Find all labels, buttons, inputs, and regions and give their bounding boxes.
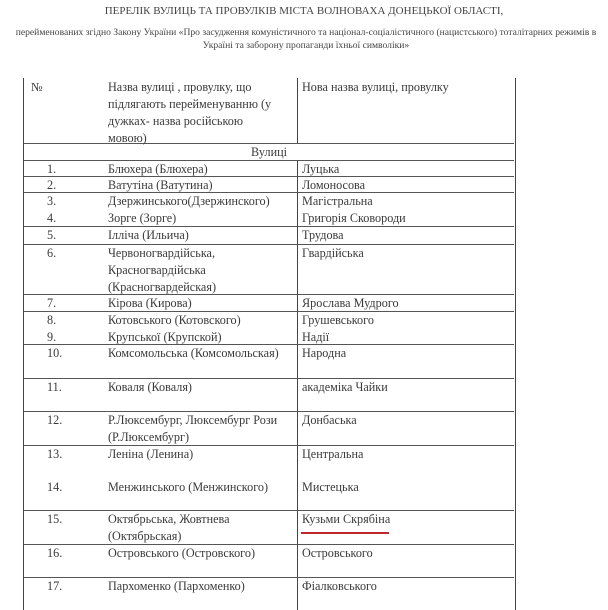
- old-name-cell: Кірова (Кирова): [108, 295, 297, 312]
- old-name-cell: Блюхера (Блюхера): [108, 161, 297, 178]
- row-number-cell: 1.: [24, 161, 108, 178]
- red-underline-annotation: [301, 532, 389, 534]
- row-number: 12.: [47, 412, 108, 429]
- new-street-name: Центральна: [302, 446, 514, 463]
- new-name-cell: Луцька: [297, 161, 514, 176]
- row-number: 3.: [47, 193, 108, 210]
- old-name-cell: Комсомольська (Комсомольская): [108, 345, 297, 362]
- row-number-cell: 2.: [24, 177, 108, 194]
- row-number-cell: 7.: [24, 295, 108, 312]
- row-number-cell: 11.: [24, 379, 108, 396]
- new-street-name: Гвардійська: [302, 245, 514, 262]
- new-name-cell: Гвардійська: [297, 245, 514, 294]
- new-street-name: Островського: [302, 545, 514, 562]
- new-name-cell: Фіалковського: [297, 578, 514, 610]
- old-street-name: Зорге (Зорге): [108, 210, 297, 227]
- old-street-name: Ватутіна (Ватутина): [108, 177, 297, 194]
- new-street-name: Ломоносова: [302, 177, 514, 194]
- row-number: 8.: [47, 312, 108, 329]
- new-name-cell: МагістральнаГригорія Сковороди: [297, 193, 514, 226]
- table-row: 7.Кірова (Кирова)Ярослава Мудрого: [24, 295, 514, 312]
- old-name-cell: Островського (Островского): [108, 545, 297, 562]
- table-row: 6.Червоногвардійська,Красногвардійська(К…: [24, 245, 514, 295]
- old-street-name: Р.Люксембург, Люксембург Рози: [108, 412, 297, 429]
- table-row: 2.Ватутіна (Ватутина)Ломоносова: [24, 177, 514, 193]
- row-number: 15.: [47, 511, 108, 528]
- new-name-cell: Трудова: [297, 227, 514, 244]
- row-number-cell: 15.: [24, 511, 108, 528]
- old-name-cell: Октябрьська, Жовтнева(Октябрьская): [108, 511, 297, 545]
- old-street-name: Менжинського (Менжинского): [108, 479, 297, 496]
- row-number-cell: 13.14.: [24, 446, 108, 496]
- new-street-name: Донбаська: [302, 412, 514, 429]
- new-name-cell: Кузьми Скрябіна: [297, 511, 514, 544]
- row-number-cell: 5.: [24, 227, 108, 244]
- old-name-cell: Котовського (Котовского)Крупської (Крупс…: [108, 312, 297, 346]
- new-name-cell: Ярослава Мудрого: [297, 295, 514, 311]
- old-street-name: Островського (Островского): [108, 545, 297, 562]
- old-street-name: Крупської (Крупской): [108, 329, 297, 346]
- old-street-name: Коваля (Коваля): [108, 379, 297, 396]
- row-number: 13.: [47, 446, 108, 463]
- old-name-cell: Р.Люксембург, Люксембург Рози(Р.Люксембу…: [108, 412, 297, 446]
- old-street-name: (Красногвардейская): [108, 279, 297, 296]
- old-street-name: Леніна (Ленина): [108, 446, 297, 463]
- row-number: 16.: [47, 545, 108, 562]
- old-street-name: Красногвардійська: [108, 262, 297, 279]
- document-subtitle: перейменованих згідно Закону України «Пр…: [6, 26, 606, 52]
- row-number: 9.: [47, 329, 108, 346]
- new-street-name: Ярослава Мудрого: [302, 295, 514, 312]
- new-street-name: Фіалковського: [302, 578, 514, 595]
- row-number-cell: 3.4.: [24, 193, 108, 227]
- table-row: 10.Комсомольська (Комсомольская)Народна: [24, 345, 514, 379]
- table-row: 3.4.Дзержинського(Дзержинского)Зорге (Зо…: [24, 193, 514, 227]
- new-street-name: Мистецька: [302, 479, 514, 496]
- old-street-name: Червоногвардійська,: [108, 245, 297, 262]
- new-street-name: Трудова: [302, 227, 514, 244]
- section-label: Вулиці: [251, 145, 287, 159]
- header-new-name: Нова назва вулиці, провулку: [297, 78, 514, 143]
- row-number: 4.: [47, 210, 108, 227]
- table-row: 8.9.Котовського (Котовского)Крупської (К…: [24, 312, 514, 345]
- new-name-cell: ГрушевськогоНадії: [297, 312, 514, 344]
- row-number-cell: 6.: [24, 245, 108, 262]
- old-street-name: Кірова (Кирова): [108, 295, 297, 312]
- new-street-name-highlighted: Кузьми Скрябіна: [302, 511, 514, 528]
- new-name-cell: Донбаська: [297, 412, 514, 445]
- new-name-cell: ЦентральнаМистецька: [297, 446, 514, 510]
- new-street-name: Грушевського: [302, 312, 514, 329]
- header-old-name: Назва вулиці , провулку, що підлягають п…: [108, 79, 297, 147]
- subtitle-line-2: Україні та заборону пропаганди їхньої си…: [6, 39, 606, 52]
- table-row: 16.Островського (Островского)Островськог…: [24, 545, 514, 578]
- old-street-name: (Р.Люксембург): [108, 429, 297, 446]
- table-row: 17.Пархоменко (Пархоменко)Фіалковського: [24, 578, 514, 610]
- new-street-name: Луцька: [302, 161, 514, 178]
- old-name-cell: Пархоменко (Пархоменко): [108, 578, 297, 595]
- table-row: 15.Октябрьська, Жовтнева(Октябрьская)Куз…: [24, 511, 514, 545]
- new-street-name: Народна: [302, 345, 514, 362]
- row-number: 5.: [47, 227, 108, 244]
- old-street-name: Дзержинського(Дзержинского): [108, 193, 297, 210]
- street-rename-table: № Назва вулиці , провулку, що підлягають…: [23, 78, 516, 610]
- row-number-cell: 16.: [24, 545, 108, 562]
- old-name-cell: Ватутіна (Ватутина): [108, 177, 297, 194]
- old-name-cell: Дзержинського(Дзержинского)Зорге (Зорге): [108, 193, 297, 227]
- old-street-name: Котовського (Котовского): [108, 312, 297, 329]
- document-title: ПЕРЕЛІК ВУЛИЦЬ ТА ПРОВУЛКІВ МІСТА ВОЛНОВ…: [0, 5, 608, 17]
- new-name-cell: Народна: [297, 345, 514, 378]
- row-number-cell: 8.9.: [24, 312, 108, 346]
- row-number: 14.: [47, 479, 108, 496]
- row-number-cell: 10.: [24, 345, 108, 362]
- row-number-cell: 12.: [24, 412, 108, 429]
- table-row: 12.Р.Люксембург, Люксембург Рози(Р.Люксе…: [24, 412, 514, 446]
- old-street-name: Ілліча (Ильича): [108, 227, 297, 244]
- old-name-cell: Ілліча (Ильича): [108, 227, 297, 244]
- row-number: 10.: [47, 345, 108, 362]
- section-row-streets: Вулиці: [24, 144, 514, 161]
- new-name-cell: Ломоносова: [297, 177, 514, 192]
- row-number: 7.: [47, 295, 108, 312]
- old-street-name: (Октябрьская): [108, 528, 297, 545]
- old-street-name: Блюхера (Блюхера): [108, 161, 297, 178]
- new-street-name: академіка Чайки: [302, 379, 514, 396]
- old-street-name: Октябрьська, Жовтнева: [108, 511, 297, 528]
- row-number: 11.: [47, 379, 108, 396]
- old-name-cell: Червоногвардійська,Красногвардійська(Кра…: [108, 245, 297, 296]
- header-num: №: [24, 79, 108, 96]
- table-row: 5.Ілліча (Ильича)Трудова: [24, 227, 514, 245]
- old-street-name: Комсомольська (Комсомольская): [108, 345, 297, 362]
- subtitle-line-1: перейменованих згідно Закону України «Пр…: [6, 26, 606, 39]
- row-number: 2.: [47, 177, 108, 194]
- table-row: 1.Блюхера (Блюхера)Луцька: [24, 161, 514, 177]
- new-street-name: Григорія Сковороди: [302, 210, 514, 227]
- table-row: 11.Коваля (Коваля)академіка Чайки: [24, 379, 514, 412]
- row-number: 1.: [47, 161, 108, 178]
- new-name-cell: академіка Чайки: [297, 379, 514, 411]
- new-street-name: Надії: [302, 329, 514, 346]
- old-name-cell: Леніна (Ленина)Менжинського (Менжинского…: [108, 446, 297, 496]
- table-header-row: № Назва вулиці , провулку, що підлягають…: [24, 78, 514, 144]
- row-number-cell: 17.: [24, 578, 108, 595]
- row-number: 6.: [47, 245, 108, 262]
- new-name-cell: Островського: [297, 545, 514, 577]
- old-name-cell: Коваля (Коваля): [108, 379, 297, 396]
- old-street-name: Пархоменко (Пархоменко): [108, 578, 297, 595]
- table-row: 13.14.Леніна (Ленина)Менжинського (Менжи…: [24, 446, 514, 511]
- new-street-name: Магістральна: [302, 193, 514, 210]
- row-number: 17.: [47, 578, 108, 595]
